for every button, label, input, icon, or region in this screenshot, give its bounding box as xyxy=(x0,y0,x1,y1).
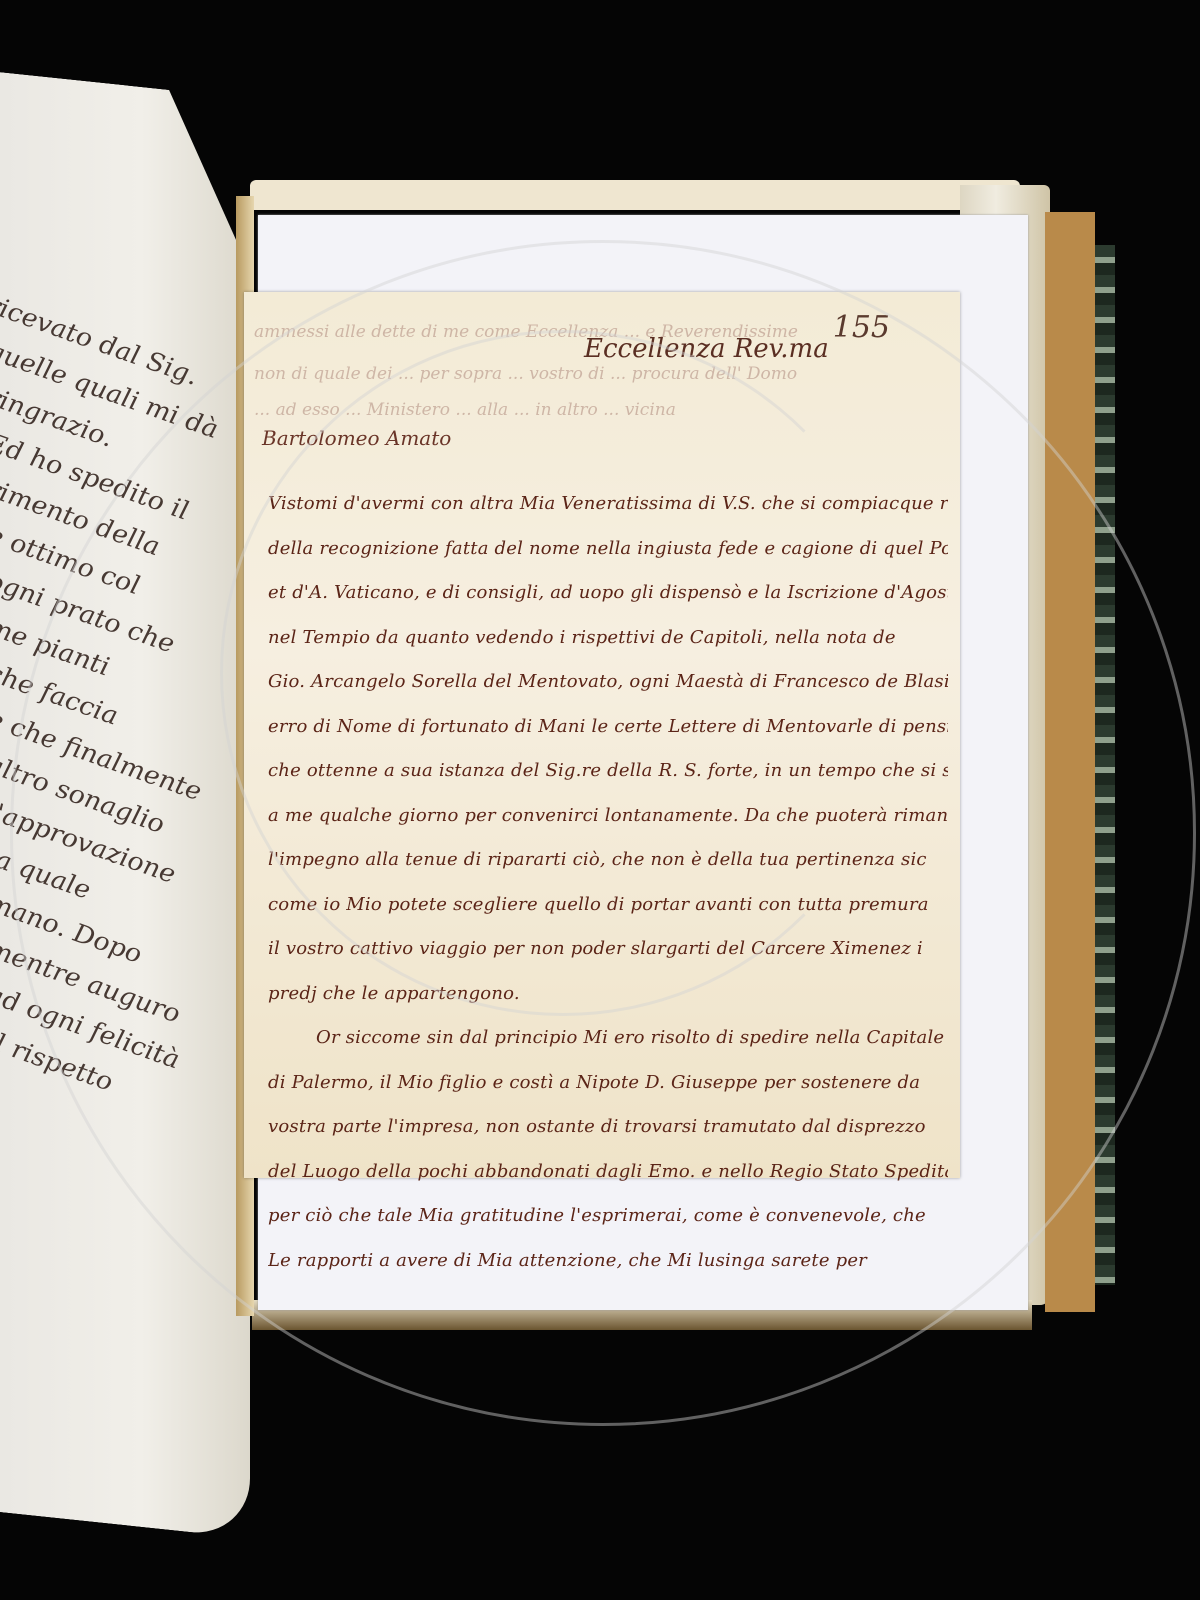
letter-line: che ottenne a sua istanza del Sig.re del… xyxy=(268,749,948,794)
letter-line: l'impegno alla tenue di ripararti ciò, c… xyxy=(268,838,948,883)
salutation: Eccellenza Rev.ma xyxy=(584,334,829,364)
letter-line: Or siccome sin dal principio Mi ero riso… xyxy=(268,1016,948,1061)
address-line: Bartolomeo Amato xyxy=(262,426,451,450)
letter-body: Vistomi d'avermi con altra Mia Veneratis… xyxy=(268,482,948,1283)
letter-line: nel Tempio da quanto vedendo i rispettiv… xyxy=(268,616,948,661)
letter-line: il vostro cattivo viaggio per non poder … xyxy=(268,927,948,972)
bleed-through-text: non di quale dei ... per sopra ... vostr… xyxy=(254,364,797,384)
letter-line: predj che le appartengono. xyxy=(268,972,948,1017)
letter-line: vostra parte l'impresa, non ostante di t… xyxy=(268,1105,948,1150)
letter-line: come io Mio potete scegliere quello di p… xyxy=(268,883,948,928)
letter-line: erro di Nome di fortunato di Mani le cer… xyxy=(268,705,948,750)
letter-line: Gio. Arcangelo Sorella del Mentovato, og… xyxy=(268,660,948,705)
marbled-cover xyxy=(1095,245,1115,1285)
book-cover-edge xyxy=(1045,212,1095,1312)
letter-line: et d'A. Vaticano, e di consigli, ad uopo… xyxy=(268,571,948,616)
bleed-through-text: ... ad esso ... Ministero ... alla ... i… xyxy=(254,400,676,420)
letter-line: di Palermo, il Mio figlio e costì a Nipo… xyxy=(268,1061,948,1106)
letter-line: per ciò che tale Mia gratitudine l'espri… xyxy=(268,1194,948,1239)
left-page-text: ricevato dal Sig. quelle quali mi dà rin… xyxy=(0,280,250,1090)
left-manuscript-page: ricevato dal Sig. quelle quali mi dà rin… xyxy=(0,70,250,1538)
letter-line: Le rapporti a avere di Mia attenzione, c… xyxy=(268,1239,948,1284)
manuscript-letter: 155 ammessi alle dette di me come Eccell… xyxy=(244,292,960,1178)
letter-line: a me qualche giorno per convenirci lonta… xyxy=(268,794,948,839)
letter-line: del Luogo della pochi abbandonati dagli … xyxy=(268,1150,948,1195)
letter-line: della recognizione fatta del nome nella … xyxy=(268,527,948,572)
folio-number: 155 xyxy=(833,310,890,345)
letter-line: Vistomi d'avermi con altra Mia Veneratis… xyxy=(268,482,948,527)
page-stack-top-edge xyxy=(250,180,1020,210)
